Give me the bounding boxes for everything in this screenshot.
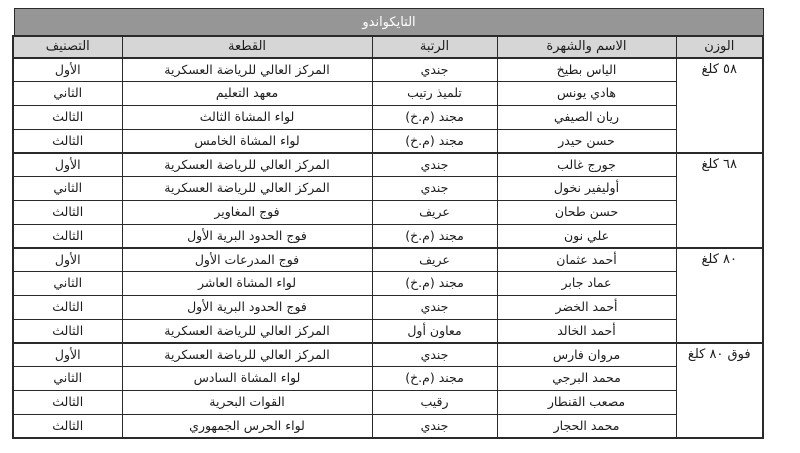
classification-cell: الثالث: [13, 391, 122, 415]
table-row: فوق ٨٠ كلغ مروان فارس جندي المركز العالي…: [13, 343, 763, 367]
unit-cell: فوج الحدود البرية الأول: [122, 296, 372, 320]
unit-cell: فوج المدرعات الأول: [122, 248, 372, 272]
weight-cell: ٥٨ كلغ: [676, 58, 763, 153]
name-cell: أحمد الخالد: [497, 319, 676, 343]
name-cell: جورج غالب: [497, 153, 676, 177]
rank-cell: رقيب: [372, 391, 497, 415]
name-cell: أحمد الخضر: [497, 296, 676, 320]
table-row: ٦٨ كلغ جورج غالب جندي المركز العالي للري…: [13, 153, 763, 177]
unit-cell: فوج الحدود البرية الأول: [122, 224, 372, 248]
table-header: الوزن الاسم والشهرة الرتبة القطعة التصني…: [13, 36, 763, 58]
rank-cell: عريف: [372, 201, 497, 225]
rank-cell: جندي: [372, 153, 497, 177]
unit-cell: لواء المشاة الخامس: [122, 129, 372, 153]
classification-cell: الثالث: [13, 319, 122, 343]
table-row: محمد الحجار جندي لواء الحرس الجمهوري الث…: [13, 414, 763, 438]
classification-cell: الثالث: [13, 224, 122, 248]
name-cell: أوليفير نخول: [497, 177, 676, 201]
rank-cell: معاون أول: [372, 319, 497, 343]
unit-cell: القوات البحرية: [122, 391, 372, 415]
name-cell: عماد جابر: [497, 272, 676, 296]
rank-cell: مجند (م.خ): [372, 224, 497, 248]
rank-cell: جندي: [372, 343, 497, 367]
unit-cell: المركز العالي للرياضة العسكرية: [122, 58, 372, 82]
table-row: ريان الصيفي مجند (م.خ) لواء المشاة الثال…: [13, 106, 763, 130]
rank-cell: جندي: [372, 414, 497, 438]
rank-cell: مجند (م.خ): [372, 129, 497, 153]
name-cell: محمد البرجي: [497, 367, 676, 391]
table-title: التايكواندو: [14, 8, 764, 36]
unit-cell: المركز العالي للرياضة العسكرية: [122, 177, 372, 201]
name-cell: هادي يونس: [497, 82, 676, 106]
table-row: عماد جابر مجند (م.خ) لواء المشاة العاشر …: [13, 272, 763, 296]
rank-cell: جندي: [372, 58, 497, 82]
classification-cell: الثاني: [13, 367, 122, 391]
rank-cell: جندي: [372, 177, 497, 201]
classification-cell: الثالث: [13, 201, 122, 225]
unit-cell: المركز العالي للرياضة العسكرية: [122, 343, 372, 367]
rank-cell: مجند (م.خ): [372, 272, 497, 296]
col-header-weight: الوزن: [676, 36, 763, 58]
col-header-classification: التصنيف: [13, 36, 122, 58]
rank-cell: تلميذ رتيب: [372, 82, 497, 106]
weight-cell: ٨٠ كلغ: [676, 248, 763, 343]
name-cell: حسن طحان: [497, 201, 676, 225]
col-header-name: الاسم والشهرة: [497, 36, 676, 58]
table-row: أحمد الخضر جندي فوج الحدود البرية الأول …: [13, 296, 763, 320]
name-cell: أحمد عثمان: [497, 248, 676, 272]
classification-cell: الثالث: [13, 296, 122, 320]
name-cell: مصعب القنطار: [497, 391, 676, 415]
classification-cell: الأول: [13, 343, 122, 367]
unit-cell: معهد التعليم: [122, 82, 372, 106]
table-row: أحمد الخالد معاون أول المركز العالي للري…: [13, 319, 763, 343]
table-row: ٥٨ كلغ الياس بطيخ جندي المركز العالي للر…: [13, 58, 763, 82]
table-row: محمد البرجي مجند (م.خ) لواء المشاة الساد…: [13, 367, 763, 391]
unit-cell: لواء المشاة الثالث: [122, 106, 372, 130]
classification-cell: الثاني: [13, 272, 122, 296]
rank-cell: عريف: [372, 248, 497, 272]
name-cell: محمد الحجار: [497, 414, 676, 438]
classification-cell: الأول: [13, 153, 122, 177]
name-cell: علي نون: [497, 224, 676, 248]
name-cell: الياس بطيخ: [497, 58, 676, 82]
weight-cell: فوق ٨٠ كلغ: [676, 343, 763, 438]
table-row: أوليفير نخول جندي المركز العالي للرياضة …: [13, 177, 763, 201]
rank-cell: جندي: [372, 296, 497, 320]
name-cell: حسن حيدر: [497, 129, 676, 153]
table-row: هادي يونس تلميذ رتيب معهد التعليم الثاني: [13, 82, 763, 106]
unit-cell: لواء الحرس الجمهوري: [122, 414, 372, 438]
name-cell: مروان فارس: [497, 343, 676, 367]
classification-cell: الثاني: [13, 82, 122, 106]
classification-cell: الثالث: [13, 129, 122, 153]
table-row: مصعب القنطار رقيب القوات البحرية الثالث: [13, 391, 763, 415]
col-header-rank: الرتبة: [372, 36, 497, 58]
unit-cell: فوج المغاوير: [122, 201, 372, 225]
unit-cell: لواء المشاة العاشر: [122, 272, 372, 296]
unit-cell: المركز العالي للرياضة العسكرية: [122, 319, 372, 343]
unit-cell: المركز العالي للرياضة العسكرية: [122, 153, 372, 177]
name-cell: ريان الصيفي: [497, 106, 676, 130]
results-table: الوزن الاسم والشهرة الرتبة القطعة التصني…: [12, 35, 764, 439]
table-row: ٨٠ كلغ أحمد عثمان عريف فوج المدرعات الأو…: [13, 248, 763, 272]
header-row: الوزن الاسم والشهرة الرتبة القطعة التصني…: [13, 36, 763, 58]
classification-cell: الثالث: [13, 106, 122, 130]
classification-cell: الأول: [13, 58, 122, 82]
col-header-unit: القطعة: [122, 36, 372, 58]
classification-cell: الثالث: [13, 414, 122, 438]
table-body: ٥٨ كلغ الياس بطيخ جندي المركز العالي للر…: [13, 58, 763, 438]
weight-cell: ٦٨ كلغ: [676, 153, 763, 248]
rank-cell: مجند (م.خ): [372, 367, 497, 391]
table-row: علي نون مجند (م.خ) فوج الحدود البرية الأ…: [13, 224, 763, 248]
classification-cell: الأول: [13, 248, 122, 272]
classification-cell: الثاني: [13, 177, 122, 201]
unit-cell: لواء المشاة السادس: [122, 367, 372, 391]
rank-cell: مجند (م.خ): [372, 106, 497, 130]
taekwondo-results-document: التايكواندو الوزن الاسم والشهرة الرتبة ا…: [14, 8, 764, 439]
table-row: حسن حيدر مجند (م.خ) لواء المشاة الخامس ا…: [13, 129, 763, 153]
table-row: حسن طحان عريف فوج المغاوير الثالث: [13, 201, 763, 225]
